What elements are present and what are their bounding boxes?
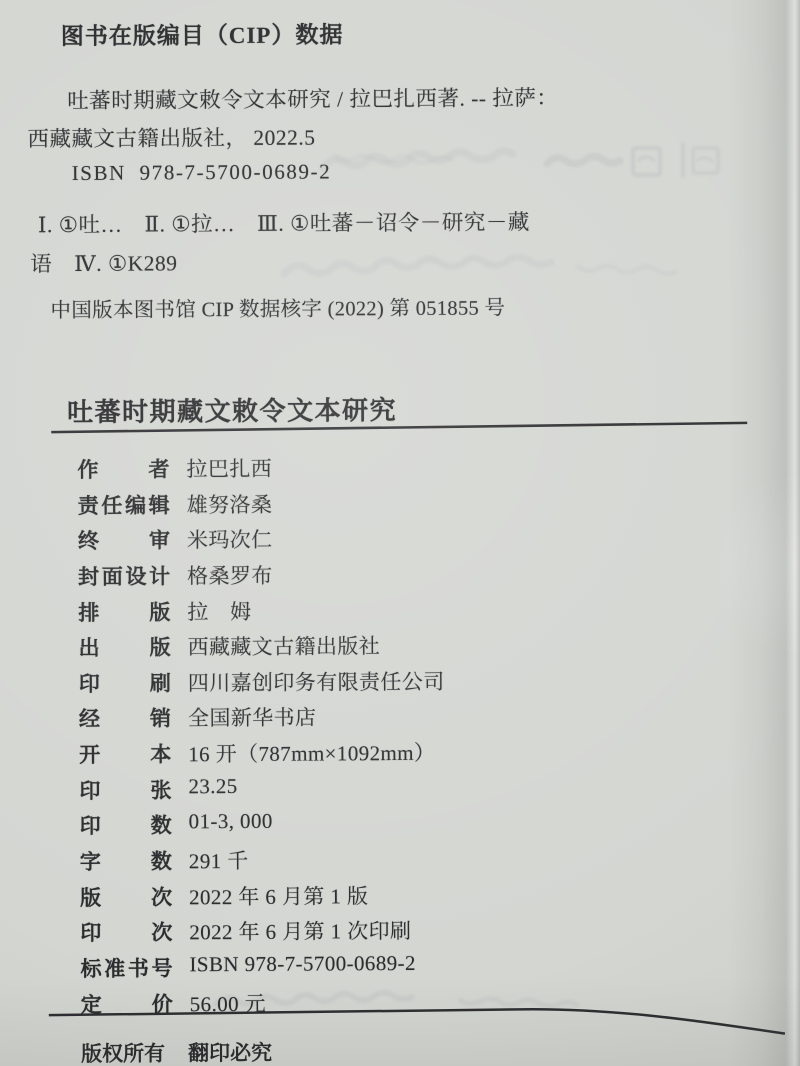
colophon-value: 拉巴扎西: [186, 453, 272, 484]
colophon-label: 作者: [77, 453, 169, 484]
colophon-value: 01-3, 000: [189, 809, 273, 835]
colophon-row-final-review: 终审 米玛次仁: [78, 523, 444, 561]
colophon-label: 排版: [78, 596, 170, 627]
colophon-label: 标准书号: [80, 952, 172, 983]
colophon-row-format: 开本 16 开（787mm×1092mm）: [79, 737, 445, 775]
colophon-value: 拉 姆: [187, 595, 251, 625]
colophon-label: 开本: [79, 739, 171, 770]
colophon-label: 印刷: [79, 667, 171, 698]
colophon-label: 定价: [81, 988, 173, 1019]
colophon-value: 四川嘉创印务有限责任公司: [188, 666, 445, 698]
colophon-value: 16 开（787mm×1092mm）: [188, 737, 435, 769]
colophon-row-print-run: 印数 01-3, 000: [80, 808, 446, 846]
colophon-row-price: 定价 56.00 元: [81, 986, 447, 1024]
cip-classification-line2: 语 Ⅳ. ①K289: [30, 246, 177, 278]
copyright-notice: 版权所有 翻印必究: [81, 1037, 272, 1066]
colophon-row-editor: 责任编辑 雄努洛桑: [78, 487, 444, 525]
colophon-label: 终审: [78, 525, 170, 556]
colophon-value: 2022 年 6 月第 1 版: [189, 880, 368, 911]
colophon-value: 291 千: [189, 845, 249, 875]
colophon-label: 印数: [80, 810, 172, 841]
colophon-label: 字数: [80, 845, 172, 876]
colophon-value: 雄努洛桑: [187, 488, 273, 519]
copyright-notice-left: 版权所有: [81, 1037, 165, 1066]
cip-title-statement-line1: 吐蕃时期藏文敕令文本研究 / 拉巴扎西著. -- 拉萨：: [67, 81, 558, 115]
book-colophon-page-photo: 图书在版编目（CIP）数据 吐蕃时期藏文敕令文本研究 / 拉巴扎西著. -- 拉…: [0, 0, 800, 1066]
colophon-value: ISBN 978-7-5700-0689-2: [189, 951, 416, 977]
colophon-value: 2022 年 6 月第 1 次印刷: [189, 915, 411, 946]
page-content: 图书在版编目（CIP）数据 吐蕃时期藏文敕令文本研究 / 拉巴扎西著. -- 拉…: [0, 0, 800, 1066]
colophon-label: 经销: [79, 703, 171, 734]
colophon-value: 米玛次仁: [187, 524, 273, 555]
colophon-row-typesetting: 排版 拉 姆: [78, 594, 444, 632]
cip-record-number-line: 中国版本图书馆 CIP 数据核字 (2022) 第 051855 号: [50, 290, 505, 323]
colophon-row-edition: 版次 2022 年 6 月第 1 版: [80, 879, 446, 917]
colophon-list: 作者 拉巴扎西 责任编辑 雄努洛桑 终审 米玛次仁 封面设计 格桑罗布 排版 拉…: [77, 452, 446, 1024]
colophon-row-printer: 印刷 四川嘉创印务有限责任公司: [79, 666, 445, 704]
colophon-row-cover-design: 封面设计 格桑罗布: [78, 559, 444, 597]
colophon-row-publisher: 出版 西藏藏文古籍出版社: [78, 630, 444, 668]
colophon-value: 23.25: [188, 774, 237, 799]
book-title: 吐蕃时期藏文敕令文本研究: [67, 390, 397, 429]
colophon-row-distributor: 经销 全国新华书店: [79, 701, 445, 739]
colophon-row-word-count: 字数 291 千: [80, 844, 446, 882]
colophon-row-impression: 印次 2022 年 6 月第 1 次印刷: [80, 915, 446, 953]
cip-classification-line1: Ⅰ. ①吐… Ⅱ. ①拉… Ⅲ. ①吐蕃－诏令－研究－藏: [38, 205, 530, 239]
colophon-value: 西藏藏文古籍出版社: [187, 630, 380, 661]
colophon-label: 印张: [79, 774, 171, 805]
colophon-row-author: 作者 拉巴扎西: [77, 452, 443, 490]
colophon-row-printed-sheets: 印张 23.25: [79, 772, 445, 810]
cip-header: 图书在版编目（CIP）数据: [61, 16, 344, 51]
colophon-label: 版次: [80, 881, 172, 912]
copyright-notice-right: 翻印必究: [188, 1037, 272, 1066]
colophon-label: 责任编辑: [78, 489, 170, 520]
colophon-value: 格桑罗布: [187, 560, 273, 591]
colophon-label: 出版: [78, 632, 170, 663]
colophon-label: 封面设计: [78, 560, 170, 591]
colophon-row-isbn: 标准书号 ISBN 978-7-5700-0689-2: [80, 951, 446, 989]
colophon-label: 印次: [80, 917, 172, 948]
colophon-value: 全国新华书店: [188, 702, 317, 733]
cip-isbn-line: ISBN 978-7-5700-0689-2: [72, 159, 332, 186]
cip-title-statement-line2: 西藏藏文古籍出版社， 2022.5: [27, 121, 315, 154]
colophon-value: 56.00 元: [190, 987, 266, 1017]
